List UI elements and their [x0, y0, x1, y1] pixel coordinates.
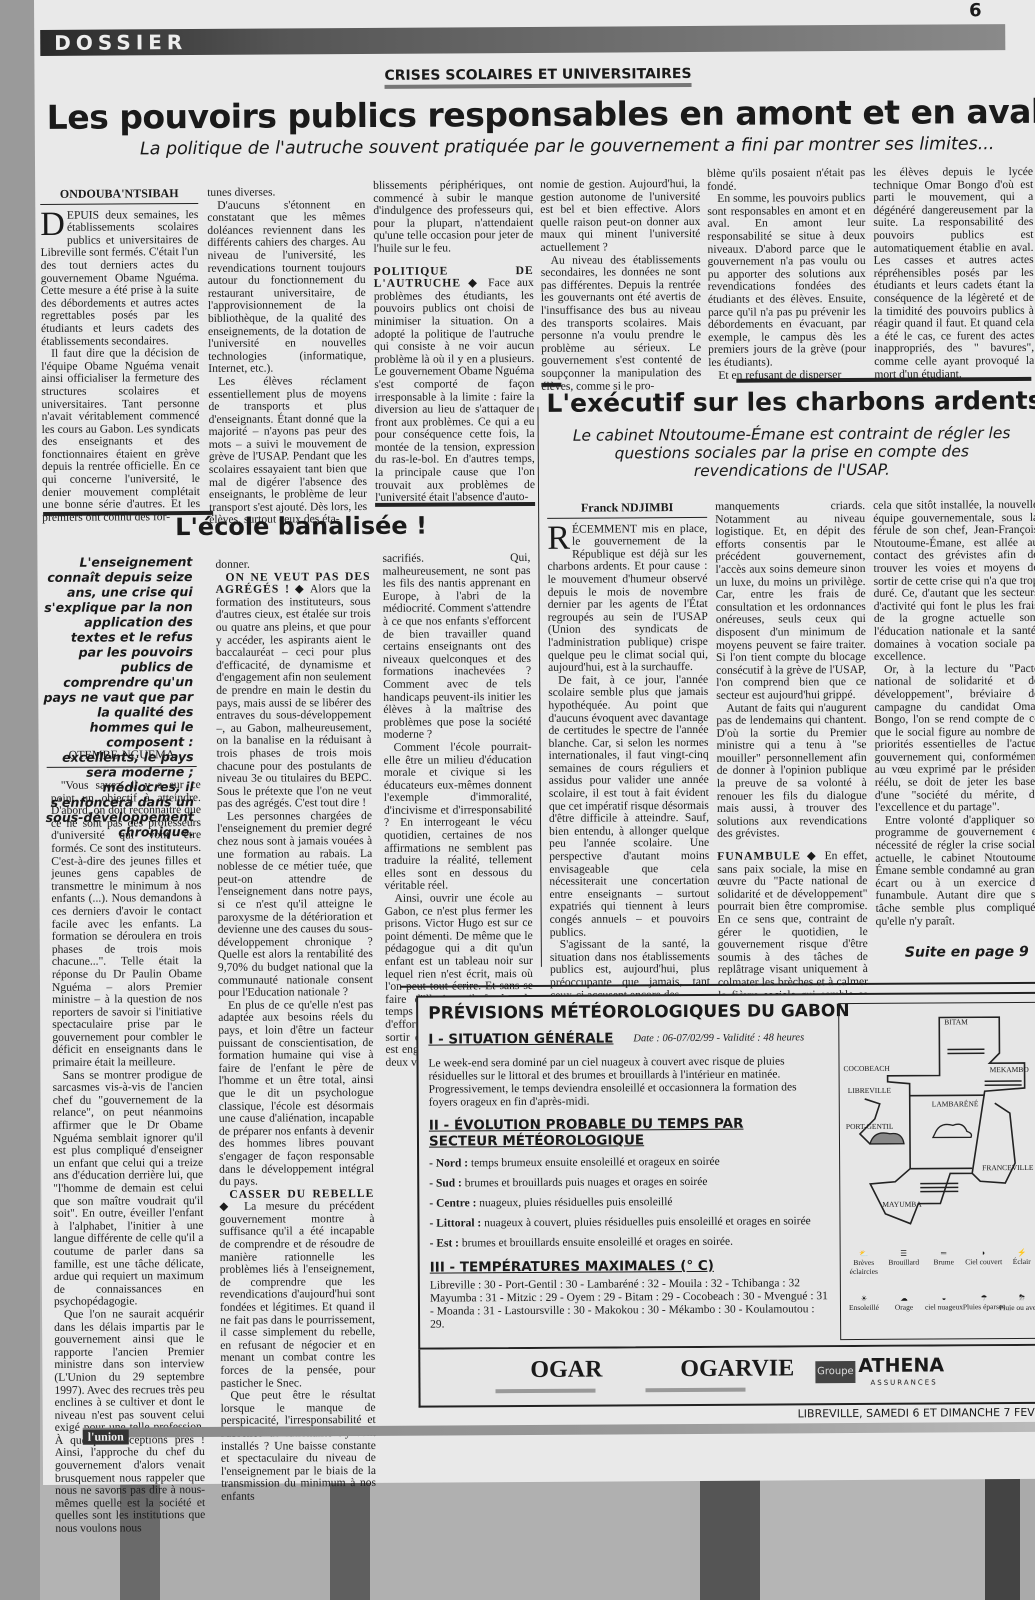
lead-column-1: ONDOUBA'NTSIBAH DEPUIS deux semaines, le…	[40, 187, 200, 524]
lead-column-5: blème qu'ils posaient n'était pas fondé.…	[707, 167, 866, 382]
paragraph: S'agissant de la santé, la situation dan…	[550, 938, 710, 1002]
divider	[375, 502, 535, 507]
map-label-libreville: LIBREVILLE	[848, 1086, 891, 1095]
map-label-mayumba: MAYUMBA	[882, 1200, 921, 1209]
lead-column-3: blissements périphériques, ont commencé …	[373, 179, 535, 505]
paragraph: Entre volonté d'appliquer son programme …	[875, 814, 1035, 928]
legend-label: Brouillard	[888, 1258, 919, 1267]
subhead: FUNAMBULE	[717, 849, 801, 863]
paragraph: "Vous savez, il y a sur ce point un obje…	[51, 779, 203, 1070]
paragraph: Les élèves réclament essentiellement plu…	[208, 375, 367, 527]
executif-column-1: Franck NDJIMBI RÉCEMMENT mis en place, l…	[547, 501, 710, 1002]
lead-column-4: nomie de gestion. Aujourd'hui, la gestio…	[540, 178, 701, 393]
sector-name: - Centre :	[429, 1197, 476, 1209]
legend-label: Orage	[895, 1303, 913, 1312]
weather-title: PRÉVISIONS MÉTÉOROLOGIQUES DU GABON	[428, 1001, 849, 1024]
kicker: CRISES SCOLAIRES ET UNIVERSITAIRES	[384, 66, 691, 89]
map-label-mekambo: MEKAMBO	[990, 1065, 1029, 1074]
weather-summary: Le week-end sera dominé par un ciel nuag…	[428, 1055, 818, 1109]
weather-box: PRÉVISIONS MÉTÉOROLOGIQUES DU GABON I - …	[416, 992, 1035, 1350]
paragraph: Au niveau des établissements secondaires…	[541, 253, 702, 393]
paragraph: Comment l'école pourrait-elle être un mi…	[384, 741, 533, 893]
ecole-column-3: sacrifiés. Qui, malheureusement, ne sont…	[382, 552, 533, 1069]
divider	[541, 383, 561, 387]
executif-column-2: manquements criards. Notamment au niveau…	[715, 500, 868, 1027]
paragraph: D'aucuns s'étonnent en constatant que le…	[207, 199, 366, 376]
map-label-cocobeach: COCOBEACH	[844, 1064, 890, 1073]
sector-text: brumes et brouillards puis nuages et ora…	[465, 1176, 708, 1189]
weather-map: BITAM COCOBEACH LIBREVILLE MEKAMBO LAMBA…	[838, 1002, 1035, 1340]
masthead-logo: l'union	[83, 1429, 129, 1444]
lead-headline: Les pouvoirs publics responsables en amo…	[47, 92, 1035, 137]
byline: Franck NDJIMBI	[547, 501, 707, 519]
legend-label: Brume	[933, 1257, 953, 1266]
sector-name: - Sud :	[429, 1177, 462, 1189]
sector-text: brumes et brouillards ensuite ensoleillé…	[462, 1236, 733, 1250]
paragraph: Que l'on ne saurait acquérir dans les dé…	[54, 1308, 205, 1536]
paragraph: Or, à la lecture du "Pacte national de s…	[874, 663, 1035, 815]
weather-date: Date : 06-07/02/99 - Validité : 48 heure…	[633, 1032, 804, 1044]
paragraph: cela que sitôt installée, la nouvelle éq…	[873, 499, 1035, 664]
column-divider	[537, 407, 541, 967]
paragraph: Face aux problèmes des étudiants, les po…	[374, 276, 535, 504]
executif-headline: L'exécutif sur les charbons ardents	[546, 386, 1035, 418]
sector-text: temps brumeux ensuite ensoleillé et orag…	[471, 1156, 720, 1170]
legend-label: Éclair	[1013, 1257, 1031, 1266]
paragraph: blissements périphériques, ont commencé …	[373, 179, 533, 256]
sector-name: - Littoral :	[429, 1217, 481, 1229]
legend-label: Ensoleillé	[849, 1303, 879, 1312]
legend-label: Pluie ou averse	[999, 1303, 1035, 1312]
paragraph: blème qu'ils posaient n'était pas fondé.	[707, 167, 865, 193]
paragraph: Il faut dire que la décision de l'équipe…	[41, 347, 200, 524]
sector-sud: - Sud : brumes et brouillards puis nuage…	[429, 1175, 819, 1190]
sponsor-ogar: OGAR	[530, 1357, 602, 1384]
paragraph: Les personnes chargées de l'enseignement…	[217, 810, 373, 1000]
sponsor-ogarvie: OGARVIE	[680, 1355, 794, 1383]
paragraph: nomie de gestion. Aujourd'hui, la gestio…	[540, 178, 700, 255]
executif-column-3: cela que sitôt installée, la nouvelle éq…	[873, 499, 1035, 928]
sector-nord: - Nord : temps brumeux ensuite ensoleill…	[429, 1155, 819, 1170]
paragraph: En plus de ce qu'elle n'est pas adaptée …	[218, 999, 374, 1189]
dropcap: D	[40, 211, 65, 237]
paragraph: manquements criards. Notamment au niveau…	[715, 500, 866, 702]
paragraph: En somme, les pouvoirs publics sont resp…	[707, 192, 866, 369]
lead-column-2: tunes diverses. D'aucuns s'étonnent en c…	[207, 186, 367, 527]
paragraph: Alors que la formation des instituteurs,…	[216, 582, 372, 810]
lead-deck: La politique de l'autruche souvent prati…	[140, 134, 995, 159]
legend-label: Ciel couvert	[965, 1257, 1002, 1266]
sponsor-bar: OGAR OGARVIE Groupe ATHENA ASSURANCES	[418, 1346, 1035, 1408]
paragraph: Que peut être le résultat lorsque le man…	[220, 1389, 376, 1503]
legend-label: Brèves éclaircies	[850, 1258, 878, 1276]
paragraph: De fait, à ce jour, l'année scolaire sem…	[548, 674, 710, 939]
weather-sectors: - Nord : temps brumeux ensuite ensoleill…	[429, 1155, 820, 1250]
newspaper-page: 6 DOSSIER CRISES SCOLAIRES ET UNIVERSITA…	[34, 0, 1035, 1485]
map-label-bitam: BITAM	[944, 1017, 968, 1026]
weather-section-3: III - TEMPÉRATURES MAXIMALES (° C)	[430, 1258, 714, 1276]
paragraph: ÉCEMMENT mis en place, le gouvernement d…	[547, 521, 708, 674]
sector-est: - Est : brumes et brouillards ensuite en…	[430, 1235, 820, 1250]
dropcap: R	[547, 525, 570, 551]
legend-pluie-averse: ⛈Pluie ou averse	[999, 1293, 1035, 1312]
sector-text: nuageux, pluies résiduelles puis ensolei…	[479, 1196, 672, 1209]
map-label-franceville: FRANCEVILLE	[982, 1163, 1033, 1172]
sector-littoral: - Littoral : nuageux à couvert, pluies r…	[429, 1215, 819, 1230]
ecole-headline: L'école banalisée !	[175, 512, 427, 542]
map-label-port-gentil: PORT-GENTIL	[846, 1122, 894, 1131]
legend-label: ciel nuageux	[925, 1302, 963, 1311]
paragraph: Sans se montrer prodigue de sarcasmes vi…	[53, 1069, 204, 1309]
lead-column-6: les élèves depuis le lycée technique Oma…	[873, 166, 1034, 381]
ecole-column-1: "Vous savez, il y a sur ce point un obje…	[51, 779, 206, 1536]
paragraph: Autant de faits qui n'augurent pas de le…	[716, 701, 867, 840]
paragraph: La mesure du précédent gouvernement mont…	[219, 1199, 375, 1389]
page-number: 6	[969, 0, 982, 21]
continued-link[interactable]: Suite en page 9	[905, 944, 1029, 961]
athena-logo: ATHENA	[858, 1354, 944, 1377]
sector-name: - Est :	[430, 1237, 459, 1249]
dateline: LIBREVILLE, SAMEDI 6 ET DIMANCHE 7 FEVRI…	[798, 1406, 1035, 1421]
weather-section-2: II - ÉVOLUTION PROBABLE DU TEMPS PAR SEC…	[429, 1115, 809, 1149]
map-label-lambarene: LAMBARÉNÉ	[932, 1099, 979, 1108]
heavy-rain-icon: ⛈	[999, 1293, 1035, 1303]
byline: ONDOUBA'NTSIBAH	[40, 187, 198, 205]
sponsor-underline	[645, 1388, 745, 1393]
sector-text: nuageux à couvert, pluies résiduelles pu…	[484, 1215, 811, 1229]
paragraph: sacrifiés. Qui, malheureusement, ne sont…	[382, 552, 531, 742]
temperatures: Libreville : 30 - Port-Gentil : 30 - Lam…	[430, 1277, 830, 1331]
ecole-column-2: donner. ON NE VEUT PAS DES AGRÉGÉS ! ◆ A…	[215, 558, 376, 1503]
assurances-label: ASSURANCES	[870, 1379, 937, 1387]
groupe-logo: Groupe	[815, 1361, 855, 1383]
section-label: DOSSIER	[54, 30, 187, 55]
sector-name: - Nord :	[429, 1157, 468, 1169]
weather-section-1: I - SITUATION GÉNÉRALE	[428, 1030, 613, 1047]
executif-deck: Le cabinet Ntoutoume-Émane est contraint…	[557, 424, 1027, 481]
legend-eclair: ⚡Éclair	[999, 1248, 1035, 1266]
section-banner: DOSSIER	[40, 24, 1005, 56]
lightning-icon: ⚡	[999, 1248, 1035, 1257]
sponsor-underline	[495, 1389, 595, 1394]
ecole-byline: OTEMBE-NGUEMA	[47, 747, 197, 768]
sector-centre: - Centre : nuageux, pluies résiduelles p…	[429, 1195, 819, 1210]
paragraph: les élèves depuis le lycée technique Oma…	[873, 166, 1034, 381]
divider	[736, 377, 1031, 383]
